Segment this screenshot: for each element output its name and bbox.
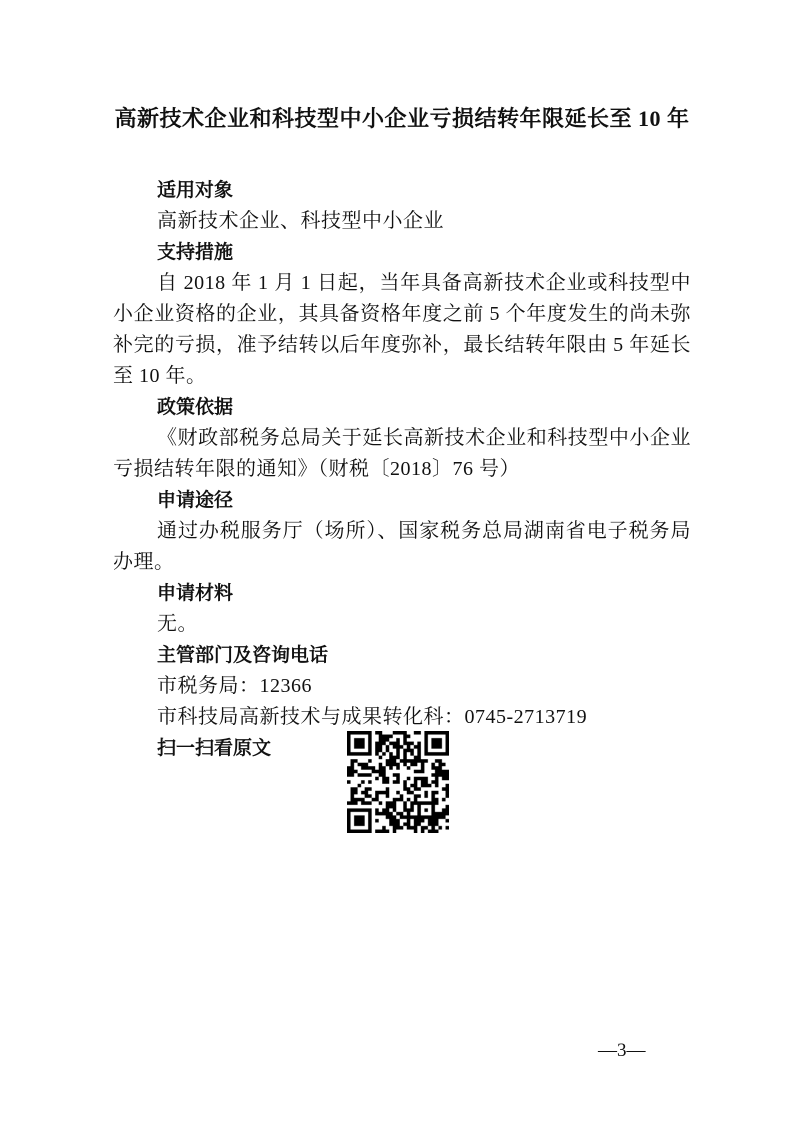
qr-code bbox=[347, 731, 449, 833]
section-body-measures: 自 2018 年 1 月 1 日起，当年具备高新技术企业或科技型中小企业资格的企… bbox=[113, 268, 691, 392]
page-number: —3— bbox=[598, 1040, 646, 1062]
section-body-target: 高新技术企业、科技型中小企业 bbox=[113, 206, 691, 237]
section-body-materials: 无。 bbox=[113, 609, 691, 640]
section-heading-materials: 申请材料 bbox=[113, 578, 691, 609]
section-heading-target: 适用对象 bbox=[113, 175, 691, 206]
contact-line-science-bureau: 市科技局高新技术与成果转化科：0745-2713719 bbox=[113, 702, 691, 733]
section-heading-channel: 申请途径 bbox=[113, 485, 691, 516]
section-heading-basis: 政策依据 bbox=[113, 392, 691, 423]
section-body-channel: 通过办税服务厅（场所）、国家税务总局湖南省电子税务局办理。 bbox=[113, 516, 691, 578]
document-content: 高新技术企业和科技型中小企业亏损结转年限延长至 10 年 适用对象 高新技术企业… bbox=[113, 104, 691, 764]
section-heading-contacts: 主管部门及咨询电话 bbox=[113, 640, 691, 671]
contact-line-tax-bureau: 市税务局：12366 bbox=[113, 671, 691, 702]
document-page: 高新技术企业和科技型中小企业亏损结转年限延长至 10 年 适用对象 高新技术企业… bbox=[0, 0, 793, 1122]
section-body-basis: 《财政部税务总局关于延长高新技术企业和科技型中小企业亏损结转年限的通知》（财税〔… bbox=[113, 423, 691, 485]
section-heading-measures: 支持措施 bbox=[113, 237, 691, 268]
page-title: 高新技术企业和科技型中小企业亏损结转年限延长至 10 年 bbox=[113, 104, 691, 134]
